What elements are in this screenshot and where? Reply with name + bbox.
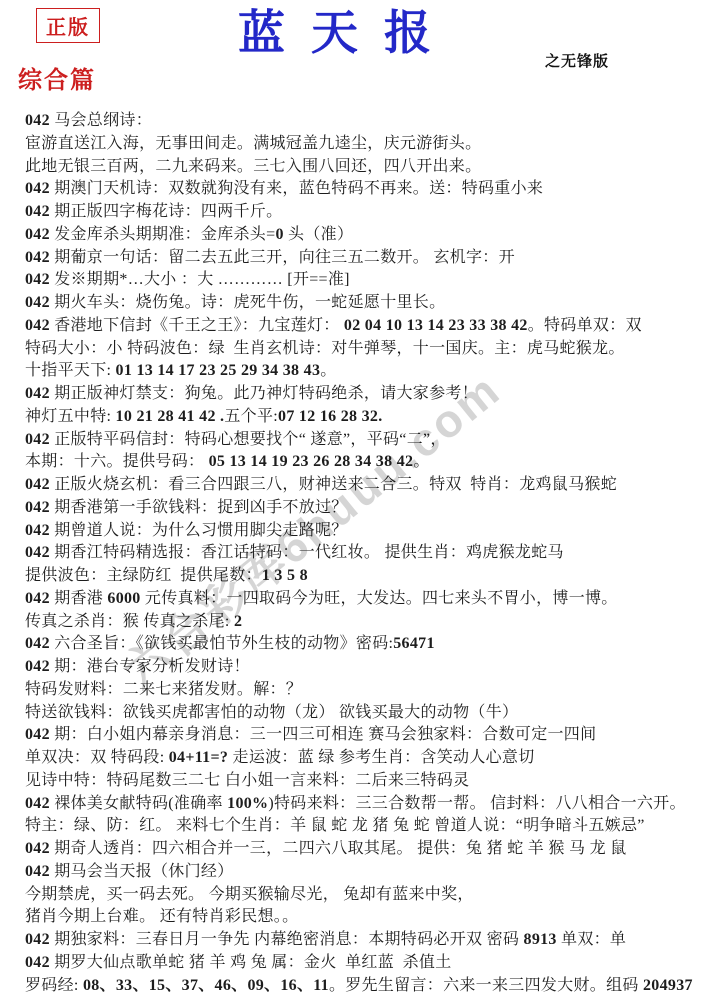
- text-line: 042 期正版四字梅花诗：四两千斤。: [25, 201, 694, 224]
- text-line: 042 期：白小姐内幕亲身消息：三一四三可相连 赛马会独家料：合数可定一四间: [25, 724, 694, 747]
- text-line: 单双决：双 特码段: 04+11=? 走运波：蓝 绿 参考生肖：含笑动人心意切: [25, 747, 694, 770]
- text-line: 042 期香港第一手欲钱料：捉到凶手不放过？: [25, 497, 694, 520]
- text-line: 本期：十六。提供号码： 05 13 14 19 23 26 28 34 38 4…: [25, 451, 694, 474]
- text-line: 猪肖今期上台难。 还有特肖彩民想。。: [25, 906, 694, 929]
- section-heading: 综合篇: [18, 60, 96, 95]
- text-line: 042 发金库杀头期期准：金库杀头=0 头（准）: [25, 224, 694, 247]
- text-line: 042 期独家料：三春日月一争先 内幕绝密消息：本期特码必开双 密码 8913 …: [25, 929, 694, 952]
- text-line: 042 期马会当天报（休门经）: [25, 861, 694, 884]
- text-line: 042 期火车头：烧伤兔。诗：虎死牛伤，一蛇延愿十里长。: [25, 292, 694, 315]
- text-line: 传真之杀肖：猴 传真之杀尾: 2: [25, 611, 694, 634]
- text-line: 042 马会总纲诗：: [25, 110, 694, 133]
- text-line: 特送欲钱料：欲钱买虎都害怕的动物（龙） 欲钱买最大的动物（牛）: [25, 702, 694, 725]
- text-line: 提供波色：主绿防红 提供尾数：1 3 5 8: [25, 565, 694, 588]
- text-line: 042 裸体美女献特码(准确率 100%)特码来料：三三合数帮一帮。 信封料：八…: [25, 793, 694, 816]
- text-line: 特码大小：小 特码波色：绿 生肖玄机诗：对牛弹琴，十一国庆。主：虎马蛇猴龙。: [25, 338, 694, 361]
- edition-subtitle: 之无锋版: [545, 50, 609, 71]
- text-line: 042 期罗大仙点歌单蛇 猪 羊 鸡 兔 属：金火 单红蓝 杀值土: [25, 952, 694, 975]
- newspaper-page: 正版 蓝天报 之无锋版 综合篇 六合彩库6huuu.com 042 马会总纲诗：…: [0, 0, 702, 1007]
- text-line: 042 期：港台专家分析发财诗！: [25, 656, 694, 679]
- text-line: 见诗中特：特码尾数三二七 白小姐一言来料：二后来三特码灵: [25, 770, 694, 793]
- text-line: 特主：绿、防：红。 来料七个生肖：羊 鼠 蛇 龙 猪 兔 蛇 曾道人说：“明争暗…: [25, 815, 694, 838]
- text-line: 十指平天下: 01 13 14 17 23 25 29 34 38 43。: [25, 360, 694, 383]
- text-line: 特码发财料：二来七来猪发财。解：？: [25, 679, 694, 702]
- text-line: 042 期奇人透肖：四六相合并一三，二四六八取其尾。 提供：兔 猪 蛇 羊 猴 …: [25, 838, 694, 861]
- text-line: 042 期澳门天机诗：双数就狗没有来，蓝色特码不再来。送：特码重小来: [25, 178, 694, 201]
- text-line: 042 期葡京一句话：留二去五此三开，向往三五二数开。 玄机字：开: [25, 247, 694, 270]
- text-line: 042 六合圣旨：《欲钱买最怕节外生枝的动物》密码:56471: [25, 633, 694, 656]
- text-line: 罗码经: 08、33、15、37、46、09、16、11。罗先生留言：六来一来三…: [25, 975, 694, 998]
- text-line: 042 期正版神灯禁支：狗兔。此乃神灯特码绝杀，请大家参考！: [25, 383, 694, 406]
- text-line: 今期禁虎，买一码去死。 今期买猴输尽光， 兔却有蓝来中奖，: [25, 884, 694, 907]
- text-line: 042 期香港 6000 元传真料：一四取码今为旺，大发达。四七来头不胃小，博一…: [25, 588, 694, 611]
- body-lines: 042 马会总纲诗：宦游直送江入海，无事田间走。满城冠盖九逵尘，庆元游街头。此地…: [25, 110, 694, 997]
- text-line: 神灯五中特: 10 21 28 41 42 .五个平:07 12 16 28 3…: [25, 406, 694, 429]
- text-line: 042 香港地下信封《千王之王》：九宝莲灯： 02 04 10 13 14 23…: [25, 315, 694, 338]
- text-line: 042 正版特平码信封：特码心想要找个“ 遂意”，平码“二”，: [25, 429, 694, 452]
- text-line: 042 发※期期*…大小 ：大 ………… [开==准]: [25, 269, 694, 292]
- page-title: 蓝天报: [238, 0, 457, 63]
- text-line: 042 正版火烧玄机：看三合四跟三八，财神送来二合三。特双 特肖：龙鸡鼠马猴蛇: [25, 474, 694, 497]
- text-line: 此地无银三百两，二九来码来。三七入围八回还，四八开出来。: [25, 156, 694, 179]
- text-line: 042 期曾道人说：为什么习惯用脚尖走路呢？: [25, 520, 694, 543]
- authentic-badge: 正版: [36, 8, 100, 43]
- text-line: 宦游直送江入海，无事田间走。满城冠盖九逵尘，庆元游街头。: [25, 133, 694, 156]
- text-line: 042 期香江特码精选报：香江话特码：一代红妆。 提供生肖：鸡虎猴龙蛇马: [25, 542, 694, 565]
